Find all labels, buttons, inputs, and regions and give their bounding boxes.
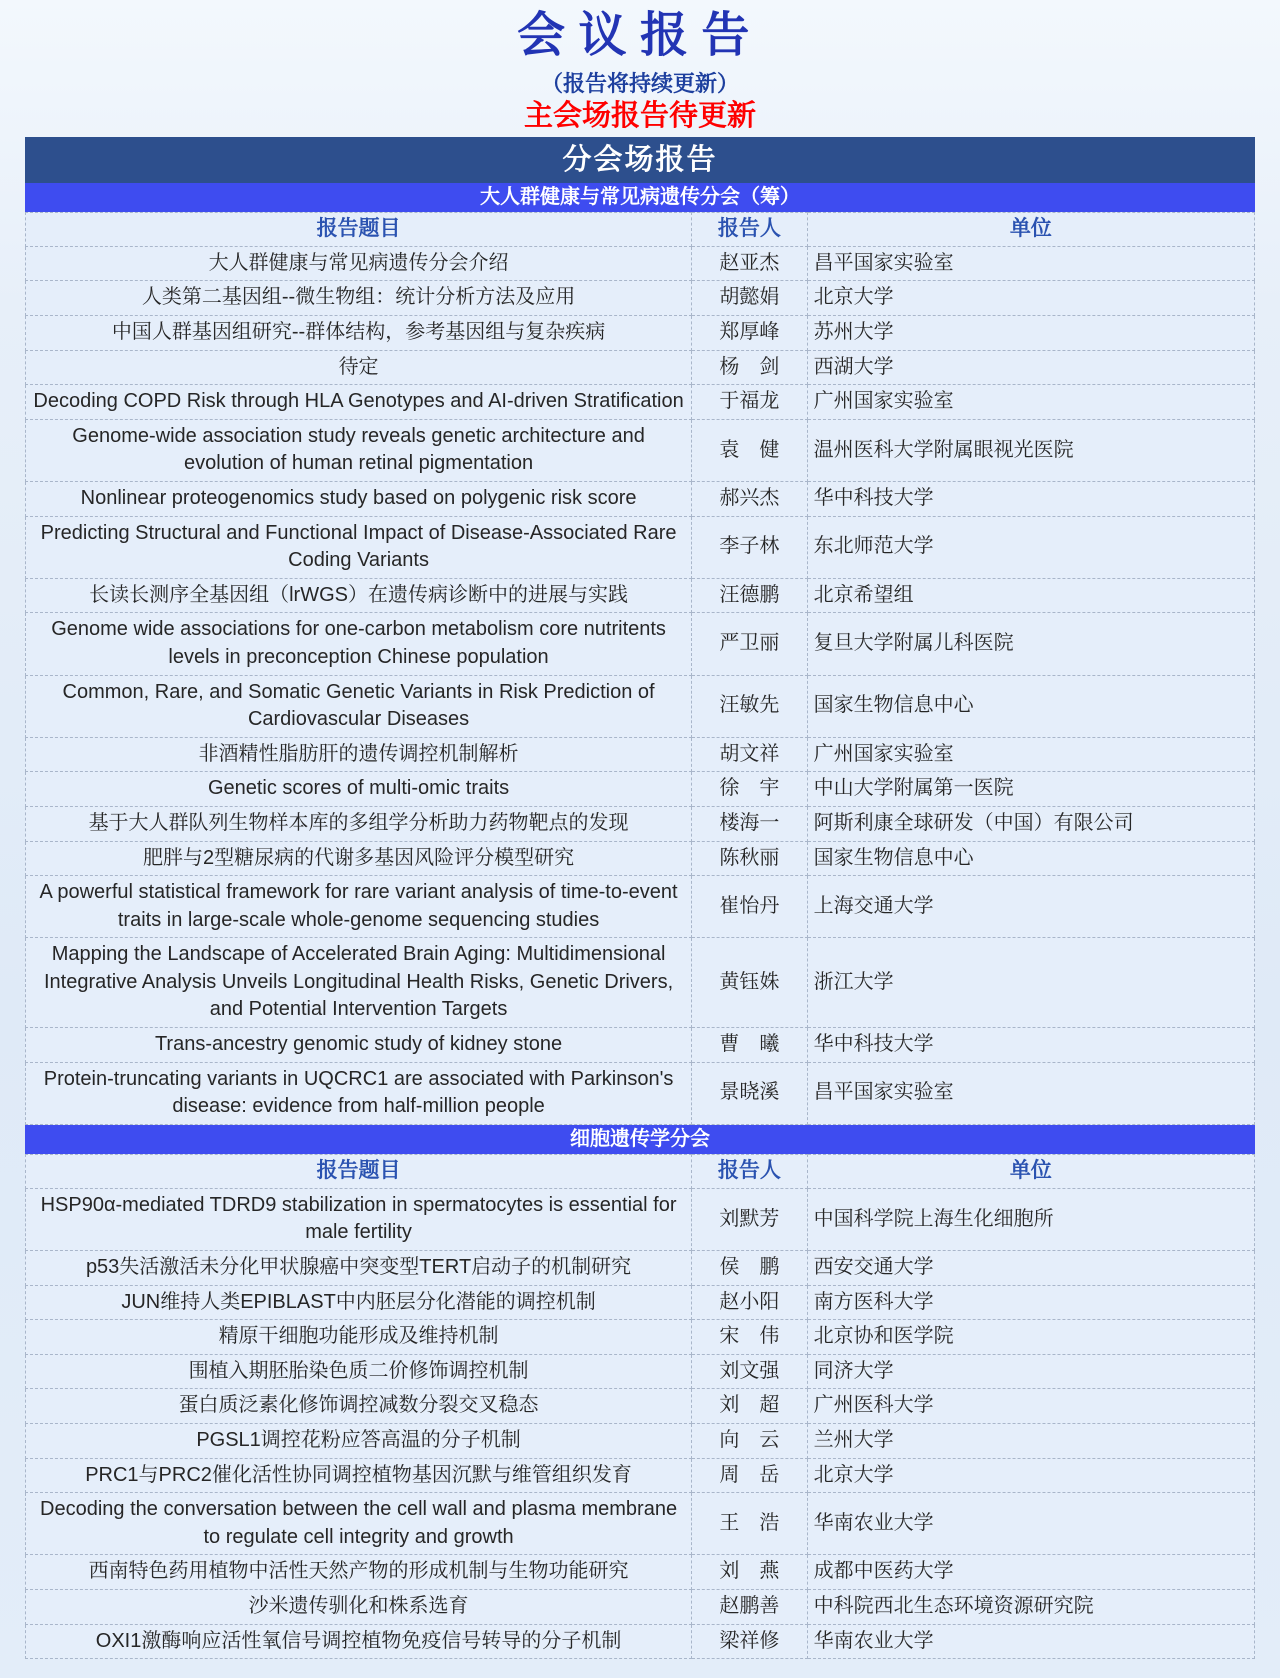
- report-title-cell: 肥胖与2型糖尿病的代谢多基因风险评分模型研究: [26, 841, 692, 876]
- table-header-row: 报告题目 报告人 单位: [26, 212, 1255, 246]
- organization-cell: 成都中医药大学: [807, 1555, 1254, 1590]
- organization-cell: 华南农业大学: [807, 1624, 1254, 1659]
- report-title-cell: 西南特色药用植物中活性天然产物的形成机制与生物功能研究: [26, 1555, 692, 1590]
- table-row: Genetic scores of multi-omic traits 徐 宇 …: [26, 772, 1255, 807]
- sessions-container: 大人群健康与常见病遗传分会（筹） 报告题目 报告人 单位 大人群健康与常见病遗传…: [25, 183, 1255, 1659]
- table-row: 西南特色药用植物中活性天然产物的形成机制与生物功能研究 刘 燕 成都中医药大学: [26, 1555, 1255, 1590]
- organization-cell: 上海交通大学: [807, 876, 1254, 938]
- table-row: 沙米遗传驯化和株系选育 赵鹏善 中科院西北生态环境资源研究院: [26, 1589, 1255, 1624]
- organization-cell: 中山大学附属第一医院: [807, 772, 1254, 807]
- table-row: HSP90α-mediated TDRD9 stabilization in s…: [26, 1188, 1255, 1250]
- organization-cell: 南方医科大学: [807, 1285, 1254, 1320]
- report-table: 报告题目 报告人 单位 HSP90α-mediated TDRD9 stabil…: [25, 1154, 1255, 1659]
- table-row: Decoding the conversation between the ce…: [26, 1493, 1255, 1555]
- speaker-cell: 杨 剑: [692, 350, 808, 385]
- speaker-cell: 陈秋丽: [692, 841, 808, 876]
- report-title-cell: 精原干细胞功能形成及维持机制: [26, 1320, 692, 1355]
- organization-cell: 兰州大学: [807, 1423, 1254, 1458]
- table-row: Common, Rare, and Somatic Genetic Varian…: [26, 675, 1255, 737]
- report-table: 报告题目 报告人 单位 大人群健康与常见病遗传分会介绍 赵亚杰 昌平国家实验室 …: [25, 212, 1255, 1125]
- report-title-cell: 蛋白质泛素化修饰调控减数分裂交叉稳态: [26, 1389, 692, 1424]
- session-section: 大人群健康与常见病遗传分会（筹） 报告题目 报告人 单位 大人群健康与常见病遗传…: [25, 183, 1255, 1125]
- speaker-cell: 郑厚峰: [692, 316, 808, 351]
- table-row: Genome wide associations for one-carbon …: [26, 613, 1255, 675]
- speaker-cell: 袁 健: [692, 419, 808, 481]
- table-row: Decoding COPD Risk through HLA Genotypes…: [26, 385, 1255, 420]
- organization-cell: 北京协和医学院: [807, 1320, 1254, 1355]
- report-title-cell: Decoding COPD Risk through HLA Genotypes…: [26, 385, 692, 420]
- report-title-cell: p53失活激活未分化甲状腺癌中突变型TERT启动子的机制研究: [26, 1251, 692, 1286]
- organization-cell: 北京大学: [807, 281, 1254, 316]
- speaker-cell: 崔怡丹: [692, 876, 808, 938]
- organization-cell: 国家生物信息中心: [807, 675, 1254, 737]
- speaker-cell: 李子林: [692, 516, 808, 578]
- speaker-cell: 宋 伟: [692, 1320, 808, 1355]
- page-subtitle: （报告将持续更新）: [0, 70, 1280, 98]
- page-header: 会议报告 （报告将持续更新） 主会场报告待更新: [0, 0, 1280, 133]
- speaker-cell: 黄钰姝: [692, 938, 808, 1028]
- organization-cell: 东北师范大学: [807, 516, 1254, 578]
- organization-cell: 北京大学: [807, 1458, 1254, 1493]
- organization-cell: 华中科技大学: [807, 1028, 1254, 1063]
- table-row: Predicting Structural and Functional Imp…: [26, 516, 1255, 578]
- organization-cell: 广州医科大学: [807, 1389, 1254, 1424]
- report-title-cell: JUN维持人类EPIBLAST中内胚层分化潜能的调控机制: [26, 1285, 692, 1320]
- report-title-cell: 大人群健康与常见病遗传分会介绍: [26, 246, 692, 281]
- report-title-cell: 围植入期胚胎染色质二价修饰调控机制: [26, 1354, 692, 1389]
- organization-cell: 阿斯利康全球研发（中国）有限公司: [807, 806, 1254, 841]
- organization-cell: 浙江大学: [807, 938, 1254, 1028]
- report-title-cell: 长读长测序全基因组（lrWGS）在遗传病诊断中的进展与实践: [26, 578, 692, 613]
- speaker-cell: 刘 超: [692, 1389, 808, 1424]
- report-title-cell: Genome-wide association study reveals ge…: [26, 419, 692, 481]
- speaker-cell: 周 岳: [692, 1458, 808, 1493]
- speaker-cell: 赵亚杰: [692, 246, 808, 281]
- organization-cell: 西安交通大学: [807, 1251, 1254, 1286]
- table-row: 围植入期胚胎染色质二价修饰调控机制 刘文强 同济大学: [26, 1354, 1255, 1389]
- column-header-organization: 单位: [807, 212, 1254, 246]
- report-title-cell: Mapping the Landscape of Accelerated Bra…: [26, 938, 692, 1028]
- speaker-cell: 严卫丽: [692, 613, 808, 675]
- table-row: OXI1激酶响应活性氧信号调控植物免疫信号转导的分子机制 梁祥修 华南农业大学: [26, 1624, 1255, 1659]
- table-header-row: 报告题目 报告人 单位: [26, 1154, 1255, 1188]
- speaker-cell: 刘 燕: [692, 1555, 808, 1590]
- organization-cell: 中国科学院上海生化细胞所: [807, 1188, 1254, 1250]
- organization-cell: 广州国家实验室: [807, 737, 1254, 772]
- table-row: Genome-wide association study reveals ge…: [26, 419, 1255, 481]
- column-header-organization: 单位: [807, 1154, 1254, 1188]
- speaker-cell: 徐 宇: [692, 772, 808, 807]
- report-title-cell: Genetic scores of multi-omic traits: [26, 772, 692, 807]
- report-title-cell: PRC1与PRC2催化活性协同调控植物基因沉默与维管组织发育: [26, 1458, 692, 1493]
- column-header-report-title: 报告题目: [26, 1154, 692, 1188]
- table-body: HSP90α-mediated TDRD9 stabilization in s…: [26, 1188, 1255, 1658]
- table-row: PRC1与PRC2催化活性协同调控植物基因沉默与维管组织发育 周 岳 北京大学: [26, 1458, 1255, 1493]
- speaker-cell: 楼海一: [692, 806, 808, 841]
- speaker-cell: 刘文强: [692, 1354, 808, 1389]
- column-header-speaker: 报告人: [692, 1154, 808, 1188]
- organization-cell: 昌平国家实验室: [807, 246, 1254, 281]
- organization-cell: 华南农业大学: [807, 1493, 1254, 1555]
- report-title-cell: Trans-ancestry genomic study of kidney s…: [26, 1028, 692, 1063]
- table-row: 待定 杨 剑 西湖大学: [26, 350, 1255, 385]
- table-row: 肥胖与2型糖尿病的代谢多基因风险评分模型研究 陈秋丽 国家生物信息中心: [26, 841, 1255, 876]
- page-title: 会议报告: [0, 6, 1280, 66]
- table-row: A powerful statistical framework for rar…: [26, 876, 1255, 938]
- organization-cell: 温州医科大学附属眼视光医院: [807, 419, 1254, 481]
- table-row: 非酒精性脂肪肝的遗传调控机制解析 胡文祥 广州国家实验室: [26, 737, 1255, 772]
- organization-cell: 苏州大学: [807, 316, 1254, 351]
- organization-cell: 同济大学: [807, 1354, 1254, 1389]
- speaker-cell: 郝兴杰: [692, 481, 808, 516]
- table-row: Nonlinear proteogenomics study based on …: [26, 481, 1255, 516]
- report-title-cell: OXI1激酶响应活性氧信号调控植物免疫信号转导的分子机制: [26, 1624, 692, 1659]
- report-title-cell: Predicting Structural and Functional Imp…: [26, 516, 692, 578]
- column-header-report-title: 报告题目: [26, 212, 692, 246]
- report-title-cell: 基于大人群队列生物样本库的多组学分析助力药物靶点的发现: [26, 806, 692, 841]
- organization-cell: 西湖大学: [807, 350, 1254, 385]
- table-row: 中国人群基因组研究--群体结构，参考基因组与复杂疾病 郑厚峰 苏州大学: [26, 316, 1255, 351]
- table-row: p53失活激活未分化甲状腺癌中突变型TERT启动子的机制研究 侯 鹏 西安交通大…: [26, 1251, 1255, 1286]
- organization-cell: 国家生物信息中心: [807, 841, 1254, 876]
- organization-cell: 中科院西北生态环境资源研究院: [807, 1589, 1254, 1624]
- report-title-cell: 中国人群基因组研究--群体结构，参考基因组与复杂疾病: [26, 316, 692, 351]
- report-title-cell: Decoding the conversation between the ce…: [26, 1493, 692, 1555]
- report-title-cell: 非酒精性脂肪肝的遗传调控机制解析: [26, 737, 692, 772]
- report-title-cell: 人类第二基因组--微生物组：统计分析方法及应用: [26, 281, 692, 316]
- report-title-cell: 沙米遗传驯化和株系选育: [26, 1589, 692, 1624]
- session-title: 大人群健康与常见病遗传分会（筹）: [25, 183, 1255, 212]
- speaker-cell: 梁祥修: [692, 1624, 808, 1659]
- organization-cell: 北京希望组: [807, 578, 1254, 613]
- table-row: Protein-truncating variants in UQCRC1 ar…: [26, 1062, 1255, 1124]
- table-body: 大人群健康与常见病遗传分会介绍 赵亚杰 昌平国家实验室 人类第二基因组--微生物…: [26, 246, 1255, 1124]
- organization-cell: 复旦大学附属儿科医院: [807, 613, 1254, 675]
- session-section: 细胞遗传学分会 报告题目 报告人 单位 HSP90α-mediated TDRD…: [25, 1125, 1255, 1659]
- table-row: JUN维持人类EPIBLAST中内胚层分化潜能的调控机制 赵小阳 南方医科大学: [26, 1285, 1255, 1320]
- speaker-cell: 胡文祥: [692, 737, 808, 772]
- speaker-cell: 汪敏先: [692, 675, 808, 737]
- table-row: Trans-ancestry genomic study of kidney s…: [26, 1028, 1255, 1063]
- report-title-cell: 待定: [26, 350, 692, 385]
- organization-cell: 广州国家实验室: [807, 385, 1254, 420]
- report-title-cell: HSP90α-mediated TDRD9 stabilization in s…: [26, 1188, 692, 1250]
- report-title-cell: A powerful statistical framework for rar…: [26, 876, 692, 938]
- table-row: Mapping the Landscape of Accelerated Bra…: [26, 938, 1255, 1028]
- table-row: 人类第二基因组--微生物组：统计分析方法及应用 胡懿娟 北京大学: [26, 281, 1255, 316]
- speaker-cell: 王 浩: [692, 1493, 808, 1555]
- report-title-cell: Nonlinear proteogenomics study based on …: [26, 481, 692, 516]
- speaker-cell: 于福龙: [692, 385, 808, 420]
- speaker-cell: 赵鹏善: [692, 1589, 808, 1624]
- table-row: PGSL1调控花粉应答高温的分子机制 向 云 兰州大学: [26, 1423, 1255, 1458]
- speaker-cell: 景晓溪: [692, 1062, 808, 1124]
- table-row: 蛋白质泛素化修饰调控减数分裂交叉稳态 刘 超 广州医科大学: [26, 1389, 1255, 1424]
- report-title-cell: Common, Rare, and Somatic Genetic Varian…: [26, 675, 692, 737]
- report-title-cell: Genome wide associations for one-carbon …: [26, 613, 692, 675]
- table-row: 基于大人群队列生物样本库的多组学分析助力药物靶点的发现 楼海一 阿斯利康全球研发…: [26, 806, 1255, 841]
- column-header-speaker: 报告人: [692, 212, 808, 246]
- organization-cell: 昌平国家实验室: [807, 1062, 1254, 1124]
- table-row: 大人群健康与常见病遗传分会介绍 赵亚杰 昌平国家实验室: [26, 246, 1255, 281]
- report-title-cell: PGSL1调控花粉应答高温的分子机制: [26, 1423, 692, 1458]
- main-venue-notice: 主会场报告待更新: [0, 100, 1280, 133]
- table-row: 精原干细胞功能形成及维持机制 宋 伟 北京协和医学院: [26, 1320, 1255, 1355]
- speaker-cell: 侯 鹏: [692, 1251, 808, 1286]
- speaker-cell: 胡懿娟: [692, 281, 808, 316]
- speaker-cell: 刘默芳: [692, 1188, 808, 1250]
- organization-cell: 华中科技大学: [807, 481, 1254, 516]
- section-header-breakout-reports: 分会场报告: [25, 137, 1255, 183]
- report-title-cell: Protein-truncating variants in UQCRC1 ar…: [26, 1062, 692, 1124]
- speaker-cell: 赵小阳: [692, 1285, 808, 1320]
- speaker-cell: 曹 曦: [692, 1028, 808, 1063]
- session-title: 细胞遗传学分会: [25, 1125, 1255, 1154]
- table-row: 长读长测序全基因组（lrWGS）在遗传病诊断中的进展与实践 汪德鹏 北京希望组: [26, 578, 1255, 613]
- speaker-cell: 向 云: [692, 1423, 808, 1458]
- report-tables-container: 分会场报告 大人群健康与常见病遗传分会（筹） 报告题目 报告人 单位 大人群健康…: [25, 137, 1255, 1659]
- speaker-cell: 汪德鹏: [692, 578, 808, 613]
